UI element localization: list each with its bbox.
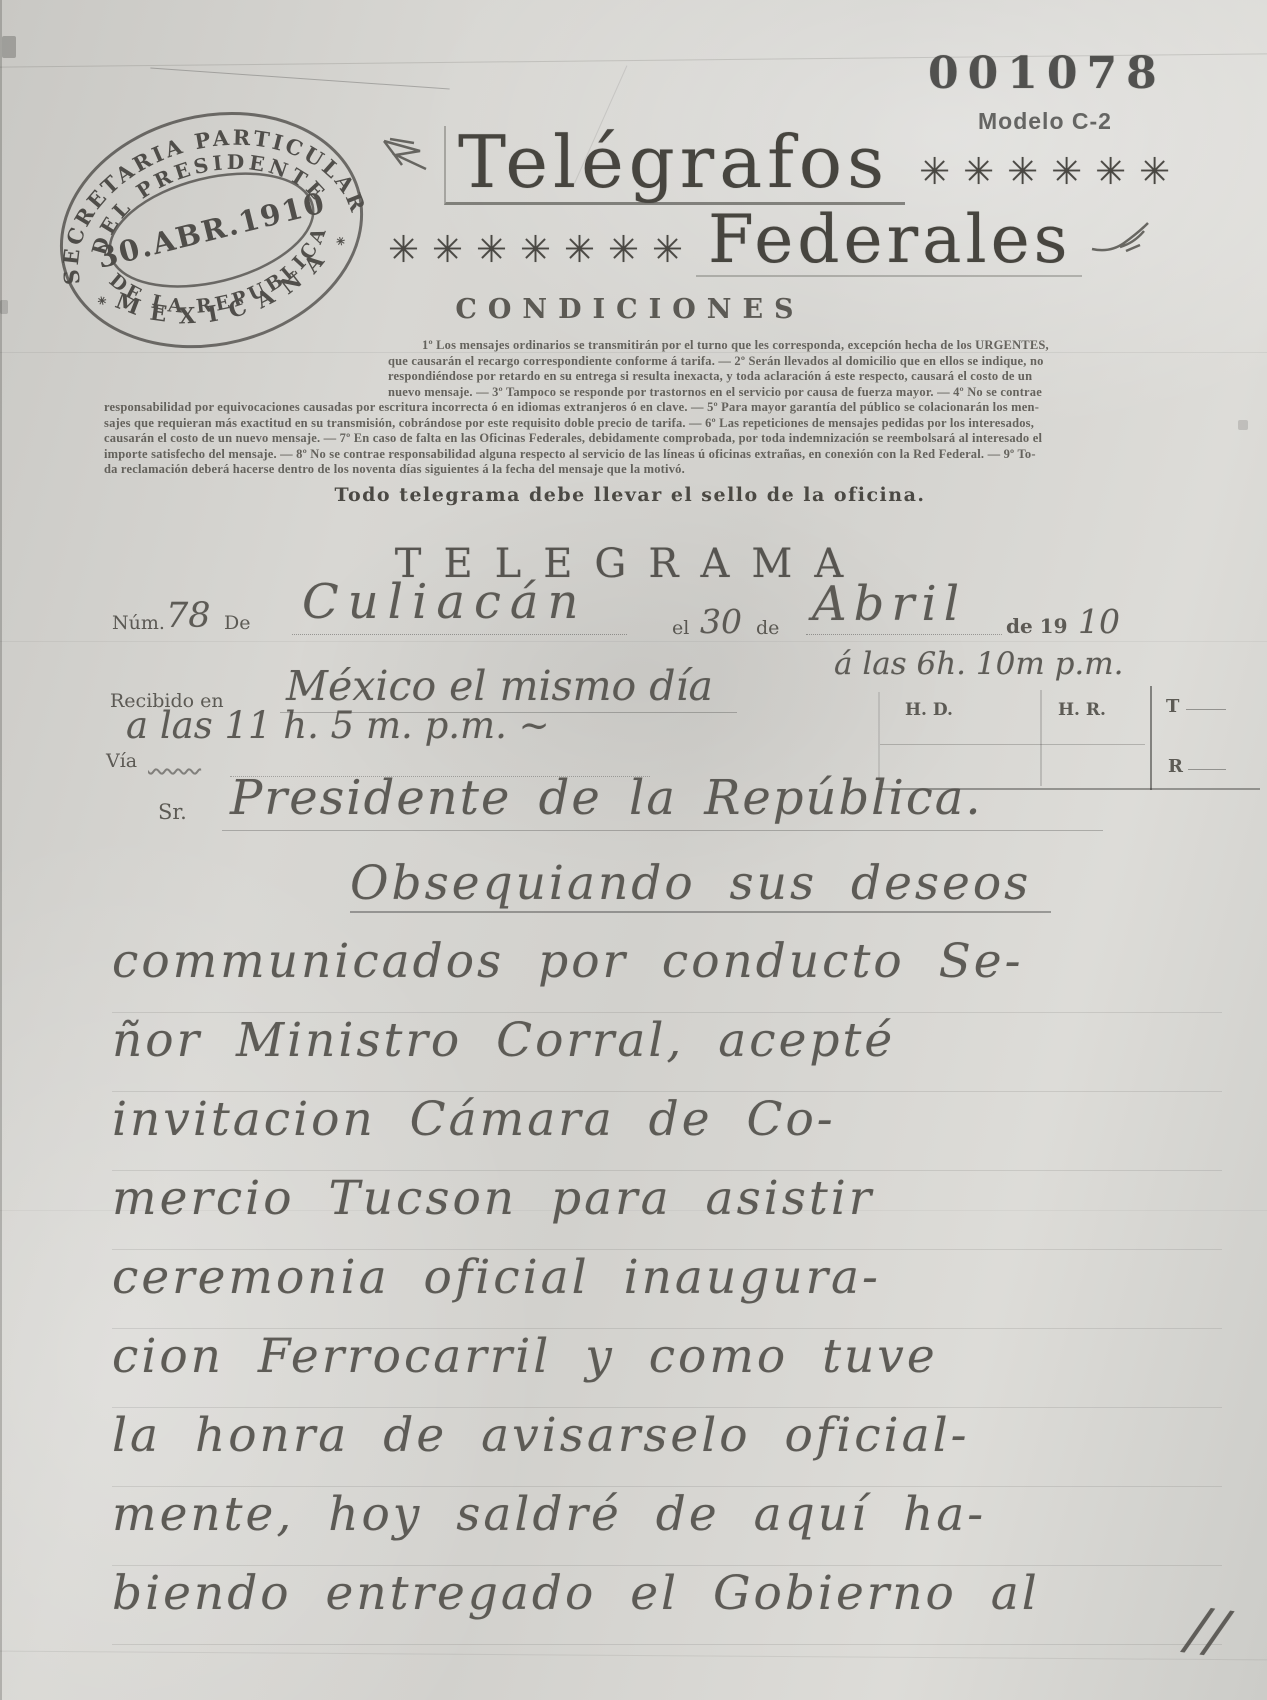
scan-line: [0, 641, 1267, 642]
scan-line: [0, 1651, 1267, 1661]
flourish-arrow-icon: [380, 135, 444, 205]
hr-label: H. R.: [1058, 700, 1106, 720]
secretaria-oval-stamp: SECRETARIA PARTICULAR DEL PRESIDENTE DE …: [17, 61, 408, 402]
message-line: biendo entregado el Gobierno al: [112, 1566, 1222, 1645]
num-value: 78: [166, 596, 211, 636]
telegram-document: 001078 Modelo C-2 SECRETARIA PARTICULAR …: [0, 0, 1267, 1700]
telegrama-heading: TELEGRAMA: [80, 541, 1180, 587]
t-dash-line: [1186, 709, 1226, 710]
via-squiggle-mark: xxxx: [148, 748, 201, 772]
message-line: ceremonia oficial inaugura-: [112, 1250, 1222, 1329]
num-label: Núm.: [112, 612, 165, 634]
masthead-word-federales: Federales: [696, 207, 1082, 277]
received-time: a las 11 h. 5 m. p.m. ~: [126, 704, 550, 747]
conditions-line: 1º Los mensajes ordinarios se transmitir…: [388, 338, 1158, 354]
ink-smudge: [0, 300, 8, 314]
conditions-paragraph: responsabilidad por equivocaciones causa…: [104, 400, 1264, 478]
masthead: Telégrafos ✳✳✳✳✳✳ ✳✳✳✳✳✳✳ Federales: [380, 126, 1170, 277]
year-label: de 19: [1006, 614, 1068, 638]
serial-number: 001078: [928, 48, 1166, 99]
conditions-line: sajes que requieran más exactitud en su …: [104, 416, 1264, 432]
conditions-line: que causarán el recargo correspondiente …: [388, 354, 1158, 370]
message-line-text: Obsequiando sus deseos: [350, 856, 1051, 913]
grid-mid-line: [880, 744, 1145, 745]
r-dash-line: [1188, 769, 1226, 770]
sent-time: á las 6h. 10m p.m.: [834, 646, 1124, 682]
masthead-word-telegrafos: Telégrafos: [444, 126, 905, 205]
grid-divider: [1150, 686, 1152, 790]
masthead-stars: ✳✳✳✳✳✳✳: [388, 228, 696, 277]
conditions-line: causarán el costo de un nuevo mensaje. —…: [104, 431, 1264, 447]
message-line: ñor Ministro Corral, acepté: [112, 1013, 1222, 1092]
message-line: mente, hoy saldré de aquí ha-: [112, 1487, 1222, 1566]
conditions-line: da reclamación deberá hacerse dentro de …: [104, 462, 1264, 478]
page-edge: [0, 0, 2, 1700]
day-value: 30: [700, 602, 742, 641]
stamp-ornament-icon: ✳: [335, 234, 347, 249]
conditions-line: importe satisfecho del mensaje. — 8º No …: [104, 447, 1264, 463]
conditions-line: responsabilidad por equivocaciones causa…: [104, 400, 1264, 416]
year-value: 10: [1078, 602, 1120, 641]
message-line: communicados por conducto Se-: [112, 934, 1222, 1013]
message-line: cion Ferrocarril y como tuve: [112, 1329, 1222, 1408]
conditions-line: respondiéndose por retardo en su entrega…: [388, 369, 1158, 385]
el-label: el: [672, 617, 689, 639]
addressee: Presidente de la República.: [222, 770, 1103, 831]
hd-label: H. D.: [905, 700, 953, 720]
message-line: mercio Tucson para asistir: [112, 1171, 1222, 1250]
continuation-mark: //: [1183, 1594, 1231, 1667]
month-value: Abril: [806, 576, 1002, 635]
masthead-stars: ✳✳✳✳✳✳: [919, 150, 1183, 205]
message-line: la honra de avisarselo oficial-: [112, 1408, 1222, 1487]
origin-value: Culiacán: [292, 574, 627, 635]
r-label: R: [1168, 756, 1183, 777]
message-line: invitacion Cámara de Co-: [112, 1092, 1222, 1171]
stamp-notice: Todo telegrama debe llevar el sello de l…: [100, 484, 1160, 506]
de-label2: de: [756, 617, 779, 639]
conditions-paragraph: 1º Los mensajes ordinarios se transmitir…: [388, 338, 1158, 400]
sr-label: Sr.: [158, 800, 187, 824]
flourish-quill-icon: [1082, 219, 1152, 277]
t-label: T: [1166, 696, 1179, 717]
via-label: Vía: [106, 750, 137, 772]
message-body: Obsequiando sus deseos communicados por …: [112, 856, 1222, 1645]
ink-smudge: [2, 36, 16, 58]
message-line: Obsequiando sus deseos: [112, 856, 1222, 934]
de-label: De: [224, 612, 250, 634]
conditions-heading: CONDICIONES: [100, 294, 1160, 325]
conditions-line: nuevo mensaje. — 3º Tampoco se responde …: [388, 385, 1158, 401]
